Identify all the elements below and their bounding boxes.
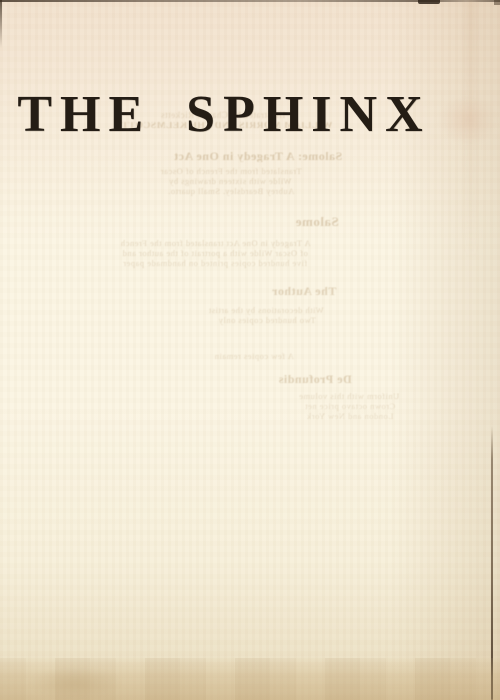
- ghost-text-line: Translated from the French of Oscar: [136, 167, 326, 176]
- ghost-text-line: Two hundred copies only: [193, 316, 341, 325]
- ghost-text-line: of Oscar Wilde with a portrait of the au…: [95, 249, 335, 258]
- page-top-edge-mark: [418, 0, 440, 4]
- page-corner-mark: [494, 0, 500, 5]
- ghost-text-line: A few copies remain: [168, 352, 340, 361]
- ghost-text-line: five hundred copies printed on handmade …: [100, 259, 330, 268]
- ghost-text-line: Aubrey Beardsley. Small quarto.: [133, 187, 329, 196]
- ghost-text-line: With decorations by the artist: [180, 306, 352, 315]
- ghost-text-line: Salome: [284, 215, 350, 228]
- ghost-text-line: The Author: [262, 285, 346, 297]
- paper-stain-bottom: [30, 668, 120, 698]
- book-title: THE SPHINX: [0, 85, 448, 144]
- ghost-text-line: Salome: A Tragedy in One Act: [172, 150, 344, 162]
- ghost-text-line: London and New York: [303, 412, 397, 421]
- ghost-text-line: Wilde with sixteen drawings by: [130, 177, 330, 186]
- page-left-edge-mark: [0, 0, 2, 48]
- ghost-text-line: Uniform with this volume: [293, 392, 405, 401]
- scanned-book-page: Illustrated by Charles RickettsWILLIAM M…: [0, 0, 500, 700]
- ghost-text-line: Crown octavo price net: [298, 402, 402, 411]
- ghost-text-line: A Tragedy in One Act translated from the…: [98, 239, 333, 248]
- ghost-text-line: De Profundis: [276, 373, 354, 385]
- paper-stain: [438, 96, 498, 144]
